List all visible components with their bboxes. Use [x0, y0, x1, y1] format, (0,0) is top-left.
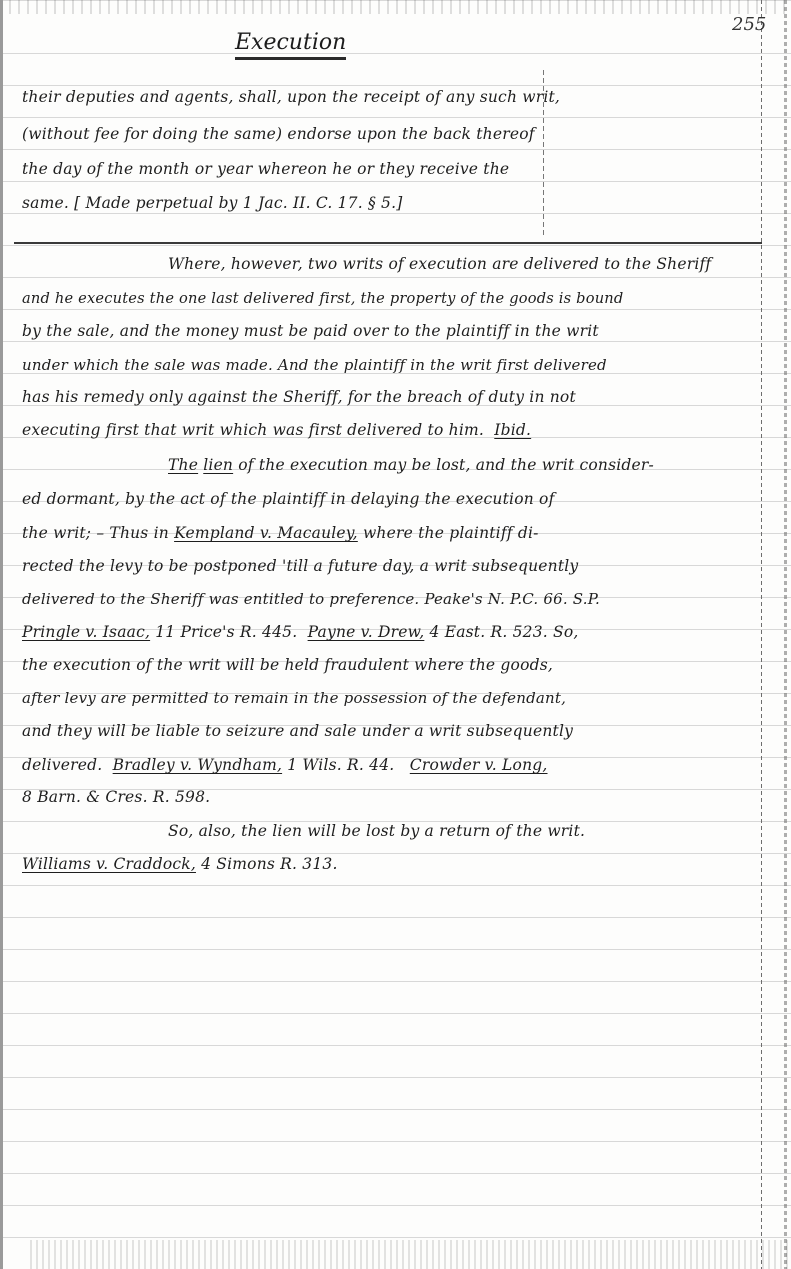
text-line: the day of the month or year whereon he …: [22, 160, 509, 178]
text-line: Pringle v. Isaac, 11 Price's R. 445. Pay…: [22, 623, 579, 641]
text-line: Williams v. Craddock, 4 Simons R. 313.: [22, 855, 338, 873]
text-line: Where, however, two writs of execution a…: [168, 255, 711, 273]
case-name: Pringle v. Isaac,: [22, 623, 150, 641]
text-line: ed dormant, by the act of the plaintiff …: [22, 490, 555, 508]
text-line: (without fee for doing the same) endorse…: [22, 125, 535, 143]
case-name: Bradley v. Wyndham,: [113, 756, 282, 774]
text-line: executing first that writ which was firs…: [22, 421, 531, 439]
text-fragment: delivered.: [22, 756, 102, 774]
text-fragment: the writ; – Thus in: [22, 524, 169, 542]
text-line: rected the levy to be postponed 'till a …: [22, 557, 578, 575]
manuscript-page: 255 Execution their deputies and agents,…: [0, 0, 791, 1269]
text-line: under which the sale was made. And the p…: [22, 356, 607, 374]
text-line: and he executes the one last delivered f…: [22, 290, 623, 307]
case-name: Payne v. Drew,: [308, 623, 425, 641]
text-line: the execution of the writ will be held f…: [22, 656, 553, 674]
page-title: Execution: [235, 30, 346, 60]
text-fragment: The: [168, 456, 198, 474]
emphasized-term: lien: [203, 456, 233, 474]
text-line: and they will be liable to seizure and s…: [22, 722, 573, 740]
text-line: So, also, the lien will be lost by a ret…: [168, 822, 585, 840]
text-line: by the sale, and the money must be paid …: [22, 322, 599, 340]
citation: 11 Price's R. 445.: [155, 623, 297, 641]
scan-noise-bottom: [30, 1240, 791, 1269]
text-fragment: where the plaintiff di-: [363, 524, 539, 542]
section-divider: [14, 242, 762, 244]
text-fragment: of the execution may be lost, and the wr…: [238, 456, 654, 474]
text-line: 8 Barn. & Cres. R. 598.: [22, 788, 210, 806]
text-line: after levy are permitted to remain in th…: [22, 689, 566, 707]
text-line: The lien of the execution may be lost, a…: [168, 456, 654, 474]
text-line: delivered. Bradley v. Wyndham, 1 Wils. R…: [22, 756, 548, 774]
text-line: same. [ Made perpetual by 1 Jac. II. C. …: [22, 194, 403, 212]
citation: 4 Simons R. 313.: [201, 855, 338, 873]
case-name: Crowder v. Long,: [410, 756, 548, 774]
text-fragment: executing first that writ which was firs…: [22, 421, 484, 439]
page-number: 255: [732, 14, 766, 35]
right-margin-rule: [761, 0, 762, 1269]
text-line: delivered to the Sheriff was entitled to…: [22, 590, 600, 608]
text-line: the writ; – Thus in Kempland v. Macauley…: [22, 524, 539, 542]
scan-noise-top: [0, 0, 791, 14]
page-edge-rule: [784, 0, 787, 1269]
scan-edge: [0, 0, 3, 1269]
text-line: their deputies and agents, shall, upon t…: [22, 88, 560, 106]
citation: 1 Wils. R. 44.: [287, 756, 394, 774]
case-name: Williams v. Craddock,: [22, 855, 196, 873]
citation: 4 East. R. 523. So,: [430, 623, 579, 641]
case-name: Kempland v. Macauley,: [174, 524, 358, 542]
text-line: has his remedy only against the Sheriff,…: [22, 388, 576, 406]
citation-ibid: Ibid.: [494, 421, 531, 439]
